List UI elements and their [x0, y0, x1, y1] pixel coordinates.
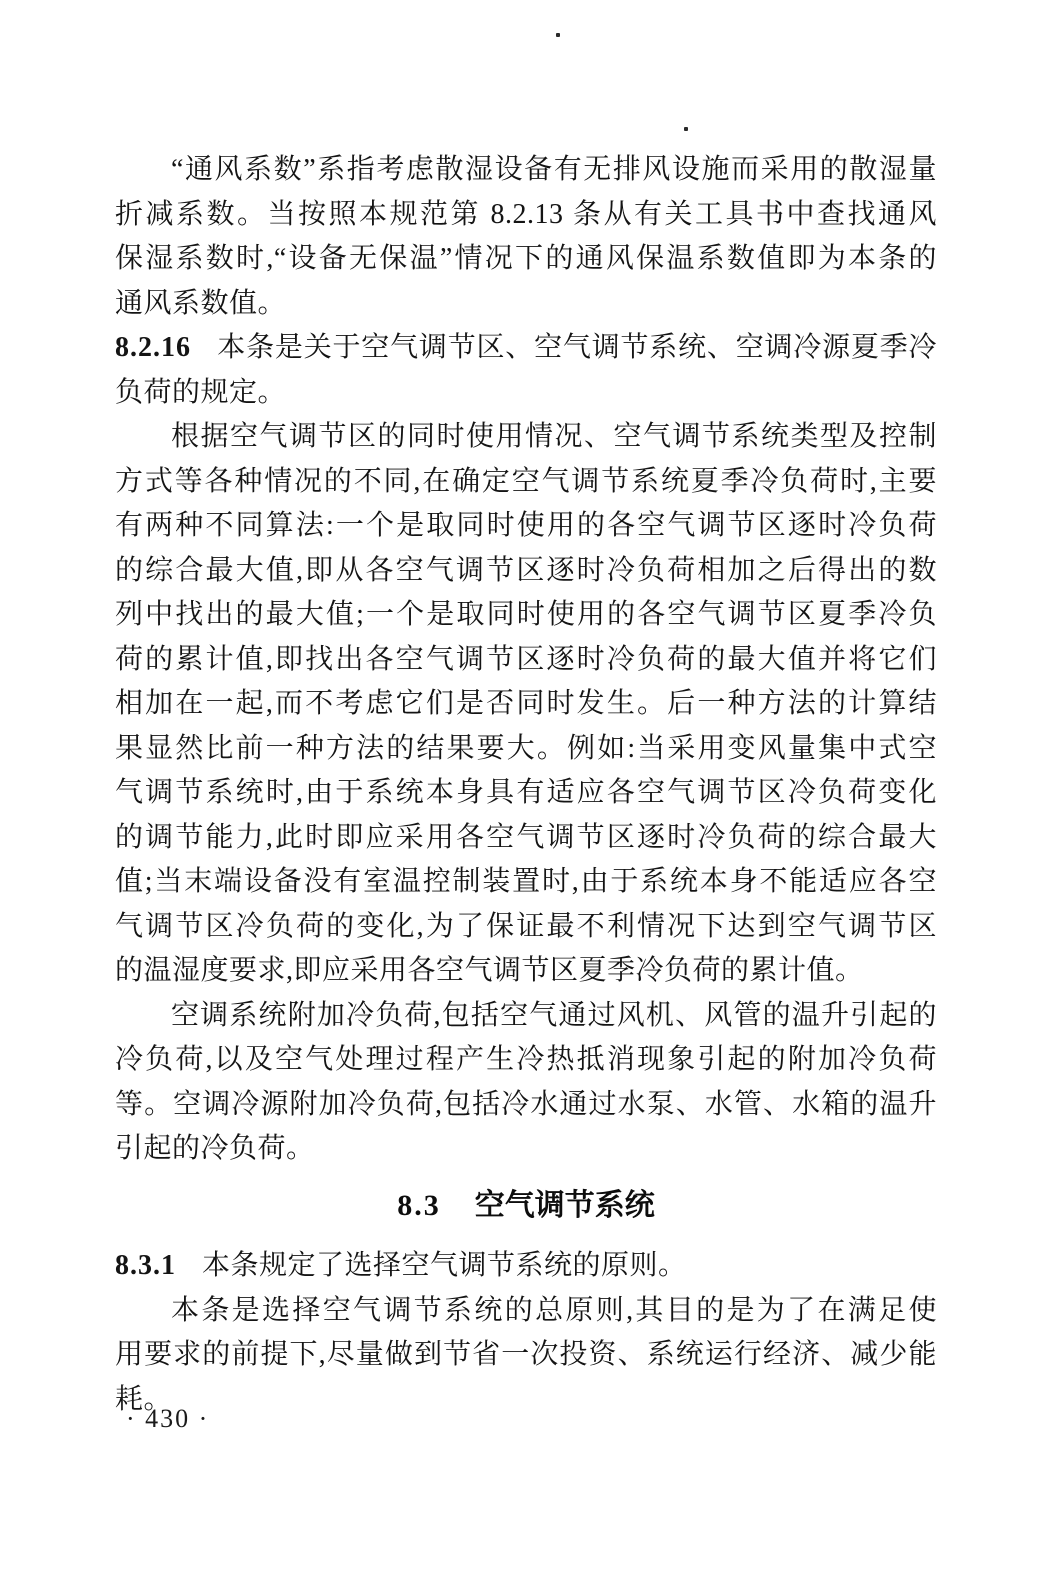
text-line: 气调节系统时,由于系统本身具有适应各空气调节区冷负荷变化 [115, 771, 937, 816]
section-heading-8-3: 8.3空气调节系统 [115, 1184, 937, 1229]
section-title: 空气调节系统 [475, 1189, 655, 1222]
text-line: 保湿系数时,“设备无保温”情况下的通风保温系数值即为本条的 [115, 237, 937, 282]
scan-speck [556, 33, 560, 37]
text-line: 的温湿度要求,即应采用各空气调节区夏季冷负荷的累计值。 [115, 949, 937, 994]
text-line: 8.2.16本条是关于空气调节区、空气调节系统、空调冷源夏季冷 [115, 326, 937, 371]
paragraph-calculation-methods: 根据空气调节区的同时使用情况、空气调节系统类型及控制 方式等各种情况的不同,在确… [115, 415, 937, 994]
clause-8-2-16: 8.2.16本条是关于空气调节区、空气调节系统、空调冷源夏季冷 负荷的规定。 [115, 326, 937, 415]
text-line: 等。空调冷源附加冷负荷,包括冷水通过水泵、水管、水箱的温升 [115, 1083, 937, 1128]
text-line: 8.3.1本条规定了选择空气调节系统的原则。 [115, 1244, 937, 1289]
clause-text: 本条是关于空气调节区、空气调节系统、空调冷源夏季冷 [217, 332, 937, 363]
text-line: 空调系统附加冷负荷,包括空气通过风机、风管的温升引起的 [115, 994, 937, 1039]
text-line: 有两种不同算法:一个是取同时使用的各空气调节区逐时冷负荷 [115, 504, 937, 549]
text-line: 的综合最大值,即从各空气调节区逐时冷负荷相加之后得出的数 [115, 549, 937, 594]
text-line: 根据空气调节区的同时使用情况、空气调节系统类型及控制 [115, 415, 937, 460]
text-line: 荷的累计值,即找出各空气调节区逐时冷负荷的最大值并将它们 [115, 638, 937, 683]
text-line: 的调节能力,此时即应采用各空气调节区逐时冷负荷的综合最大 [115, 816, 937, 861]
text-line: 值;当末端设备没有室温控制装置时,由于系统本身不能适应各空 [115, 860, 937, 905]
clause-number: 8.2.16 [115, 332, 191, 363]
text-line: 通风系数值。 [115, 282, 937, 327]
text-line: 引起的冷负荷。 [115, 1127, 937, 1172]
text-line: 方式等各种情况的不同,在确定空气调节系统夏季冷负荷时,主要 [115, 460, 937, 505]
text-line: 气调节区冷负荷的变化,为了保证最不利情况下达到空气调节区 [115, 905, 937, 950]
text-line: “通风系数”系指考虑散湿设备有无排风设施而采用的散湿量 [115, 148, 937, 193]
clause-8-3-1: 8.3.1本条规定了选择空气调节系统的原则。 [115, 1244, 937, 1289]
paragraph-additional-cooling-load: 空调系统附加冷负荷,包括空气通过风机、风管的温升引起的 冷负荷,以及空气处理过程… [115, 994, 937, 1172]
scan-speck [684, 127, 688, 131]
text-line: 耗。 [115, 1378, 937, 1423]
clause-text: 本条规定了选择空气调节系统的原则。 [202, 1250, 687, 1281]
paragraph-ventilation-coefficient: “通风系数”系指考虑散湿设备有无排风设施而采用的散湿量 折减系数。当按照本规范第… [115, 148, 937, 326]
page-number: · 430 · [126, 1404, 209, 1434]
paragraph-system-selection-principle: 本条是选择空气调节系统的总原则,其目的是为了在满足使 用要求的前提下,尽量做到节… [115, 1289, 937, 1423]
text-line: 冷负荷,以及空气处理过程产生冷热抵消现象引起的附加冷负荷 [115, 1038, 937, 1083]
section-number: 8.3 [397, 1189, 441, 1222]
body-text-block: “通风系数”系指考虑散湿设备有无排风设施而采用的散湿量 折减系数。当按照本规范第… [115, 148, 937, 1422]
text-line: 负荷的规定。 [115, 371, 937, 416]
scanned-document-page: “通风系数”系指考虑散湿设备有无排风设施而采用的散湿量 折减系数。当按照本规范第… [0, 0, 1056, 1578]
text-line: 本条是选择空气调节系统的总原则,其目的是为了在满足使 [115, 1289, 937, 1334]
text-line: 用要求的前提下,尽量做到节省一次投资、系统运行经济、减少能 [115, 1333, 937, 1378]
text-line: 折减系数。当按照本规范第 8.2.13 条从有关工具书中查找通风 [115, 193, 937, 238]
clause-number: 8.3.1 [115, 1250, 176, 1281]
text-line: 果显然比前一种方法的结果要大。例如:当采用变风量集中式空 [115, 727, 937, 772]
text-line: 列中找出的最大值;一个是取同时使用的各空气调节区夏季冷负 [115, 593, 937, 638]
text-line: 相加在一起,而不考虑它们是否同时发生。后一种方法的计算结 [115, 682, 937, 727]
